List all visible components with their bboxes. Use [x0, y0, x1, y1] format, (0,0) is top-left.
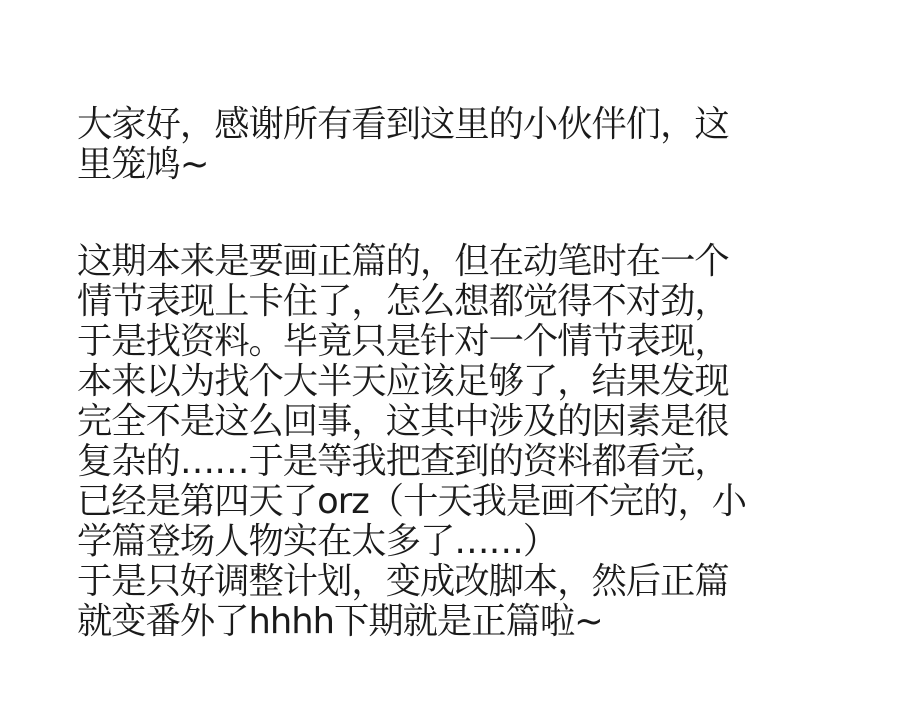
text-line: 于是只好调整计划，变成改脚本，然后正篇 [77, 562, 861, 602]
text-line: 复杂的……于是等我把查到的资料都看完， [77, 442, 861, 482]
paragraph-explanation: 这期本来是要画正篇的，但在动笔时在一个 情节表现上卡住了，怎么想都觉得不对劲， … [77, 242, 877, 642]
text-line: 学篇登场人物实在太多了……） [77, 522, 861, 562]
paragraph-greeting: 大家好，感谢所有看到这里的小伙伴们，这 里笼鸠~ [77, 105, 877, 185]
text-line: 完全不是这么回事，这其中涉及的因素是很 [77, 402, 861, 442]
text-line: 已经是第四天了orz（十天我是画不完的，小 [77, 482, 861, 522]
author-note-page: 大家好，感谢所有看到这里的小伙伴们，这 里笼鸠~ 这期本来是要画正篇的，但在动笔… [0, 0, 900, 704]
text-line: 大家好，感谢所有看到这里的小伙伴们，这 [77, 105, 861, 145]
text-line: 本来以为找个大半天应该足够了，结果发现 [77, 362, 861, 402]
text-line: 里笼鸠~ [77, 145, 861, 185]
text-line: 于是找资料。毕竟只是针对一个情节表现， [77, 322, 861, 362]
paragraph-gap [77, 185, 877, 242]
text-line: 情节表现上卡住了，怎么想都觉得不对劲， [77, 282, 861, 322]
author-note-text: 大家好，感谢所有看到这里的小伙伴们，这 里笼鸠~ 这期本来是要画正篇的，但在动笔… [77, 105, 877, 642]
text-line: 这期本来是要画正篇的，但在动笔时在一个 [77, 242, 861, 282]
text-line: 就变番外了hhhh下期就是正篇啦~ [77, 602, 861, 642]
